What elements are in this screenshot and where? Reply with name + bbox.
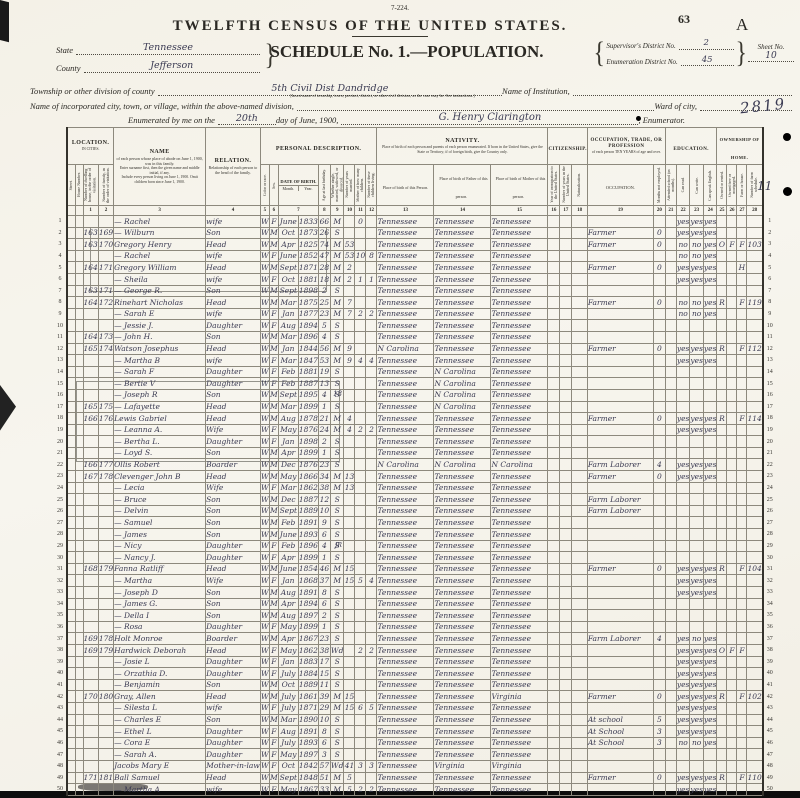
birth-month-cell: Sept [278,389,298,401]
birth-year-cell: 1862 [298,644,318,656]
sex-cell: M [269,227,278,239]
farm-schedule-number-cell: 110 [747,772,763,784]
farm-schedule-number-cell [747,540,763,552]
age-cell: 24 [318,424,330,436]
years-married-cell [344,529,355,541]
house-number-cell [75,563,83,575]
mother-birthplace-cell: Tennessee [491,331,548,343]
birthplace-cell: Tennessee [377,424,434,436]
occupation-cell [587,331,653,343]
months-not-employed-cell [653,760,665,772]
birthplace-cell: Tennessee [377,598,434,610]
header-date-of-birth: DATE OF BIRTH. Month.Year. [278,165,318,206]
mother-of-children-cell [355,389,366,401]
row-number-right: 3 [763,239,776,251]
marital-status-cell: M [330,308,344,320]
can-speak-english-cell: yes [703,668,717,680]
naturalization-cell [572,355,588,367]
can-read-cell [676,598,690,610]
age-cell: 57 [318,760,330,772]
children-living-cell [366,320,377,332]
district-brace-open: { [593,39,605,66]
relation-cell: Daughter [206,552,261,564]
family-number-cell [98,598,113,610]
mother-birthplace-cell: Tennessee [491,262,548,274]
marital-status-cell: S [330,331,344,343]
can-write-cell: yes [690,575,704,587]
family-number-cell: 178 [98,471,113,483]
relation-cell: Son [206,587,261,599]
age-cell: 17 [318,656,330,668]
house-number-cell [75,610,83,622]
row-number-right: 46 [763,737,776,749]
mother-of-children-cell: 2 [355,424,366,436]
age-cell: 37 [318,575,330,587]
row-number-left: 13 [54,355,67,367]
marital-status-cell: M [330,239,344,251]
farm-or-house-cell [737,702,747,714]
farm-or-house-cell: F [737,772,747,784]
can-write-cell [690,285,704,297]
row-number-right: 39 [763,656,776,668]
dwelling-number-cell: 165 [83,343,98,355]
children-living-cell: 4 [366,355,377,367]
immigration-year-cell [548,401,560,413]
birth-month-cell: Oct [278,760,298,772]
header-attended-school: Attended school (in months). [665,165,676,206]
farm-or-house-cell [737,552,747,564]
street-cell [67,320,75,332]
relation-cell: Daughter [206,436,261,448]
row-number-right: 8 [763,297,776,309]
birth-year-cell: 1871 [298,262,318,274]
header-citizenship: CITIZENSHIP. [548,128,587,165]
birthplace-cell: Tennessee [377,760,434,772]
birth-month-cell: Oct [278,227,298,239]
race-cell: W [260,436,269,448]
attended-school-cell [665,239,676,251]
house-number-cell [75,702,83,714]
father-birthplace-cell: Tennessee [434,656,491,668]
header-relation: RELATION. Relationship of each person to… [206,128,261,206]
children-living-cell: 4 [366,575,377,587]
family-number-cell [98,702,113,714]
can-read-cell: yes [676,587,690,599]
attended-school-cell [665,726,676,738]
mother-birthplace-cell: Tennessee [491,424,548,436]
header-family-number: Number of family, in the order of visita… [98,165,113,206]
header-owned-rented: Owned or rented. [717,165,727,206]
naturalization-cell [572,471,588,483]
dwelling-number-cell: 163 [83,285,98,297]
months-not-employed-cell [653,610,665,622]
race-cell: W [260,308,269,320]
farm-schedule-number-cell [747,331,763,343]
can-read-cell: no [676,250,690,262]
attended-school-cell [665,587,676,599]
owned-rented-cell [717,447,727,459]
age-cell: 39 [318,691,330,703]
name-cell: — James G. [114,598,206,610]
months-not-employed-cell [653,552,665,564]
can-write-cell: yes [690,262,704,274]
marital-status-cell: S [330,610,344,622]
birth-month-cell: Feb [278,517,298,529]
birth-year-cell: 1897 [298,610,318,622]
occupation-cell: Farmer [587,227,653,239]
naturalization-cell [572,633,588,645]
can-speak-english-cell [703,760,717,772]
can-write-cell [690,517,704,529]
mother-of-children-cell [355,529,366,541]
owned-rented-cell [717,227,727,239]
can-read-cell: yes [676,784,690,796]
marital-status-cell: S [330,529,344,541]
farm-schedule-number-cell [747,389,763,401]
can-speak-english-cell [703,552,717,564]
birth-month-cell: July [278,737,298,749]
owned-free-mortgaged-cell [727,772,737,784]
can-write-cell: yes [690,216,704,228]
years-married-cell [344,517,355,529]
owned-free-mortgaged-cell [727,447,737,459]
farm-or-house-cell [737,320,747,332]
name-cell: Ollis Robert [114,459,206,471]
owned-free-mortgaged-cell [727,726,737,738]
family-number-cell: 181 [98,772,113,784]
mother-of-children-cell [355,331,366,343]
years-married-cell [344,714,355,726]
years-in-us-cell [560,760,572,772]
mother-birthplace-cell: Tennessee [491,621,548,633]
census-row: 21 — Loyd S. Son W M Apr 1899 1 S Tennes… [54,447,776,459]
naturalization-cell [572,331,588,343]
birth-year-cell: 1896 [298,540,318,552]
mother-of-children-cell [355,366,366,378]
years-married-cell [344,216,355,228]
header-can-write: Can write. [690,165,704,206]
row-number-left: 8 [54,297,67,309]
immigration-year-cell [548,436,560,448]
row-number-left: 24 [54,482,67,494]
race-cell: W [260,529,269,541]
street-cell [67,656,75,668]
farm-or-house-cell [737,517,747,529]
row-number-left: 1 [54,216,67,228]
owned-free-mortgaged-cell [727,482,737,494]
birth-month-cell: Feb [278,540,298,552]
years-in-us-cell [560,216,572,228]
naturalization-cell [572,563,588,575]
age-cell: 46 [318,563,330,575]
naturalization-cell [572,308,588,320]
birth-month-cell: May [278,471,298,483]
dwelling-number-cell [83,447,98,459]
row-number-right: 13 [763,355,776,367]
marital-status-cell: M [330,575,344,587]
can-speak-english-cell: yes [703,633,717,645]
owned-free-mortgaged-cell [727,563,737,575]
sex-cell: F [269,378,278,390]
family-number-cell [98,250,113,262]
owned-free-mortgaged-cell [727,273,737,285]
can-speak-english-cell [703,517,717,529]
birth-year-cell: 1891 [298,517,318,529]
dwelling-number-cell [83,378,98,390]
relation-cell: Daughter [206,749,261,761]
birth-year-cell: 1876 [298,459,318,471]
mother-of-children-cell: 3 [355,760,366,772]
owned-rented-cell [717,378,727,390]
row-number-left: 47 [54,749,67,761]
row-number-right: 31 [763,563,776,575]
can-read-cell [676,447,690,459]
mother-birthplace-cell: Tennessee [491,610,548,622]
owned-free-mortgaged-cell [727,587,737,599]
enumerated-pre: Enumerated by me on the [128,115,218,125]
house-number-cell [75,308,83,320]
mother-birthplace-cell: Tennessee [491,308,548,320]
header-age: Age at last birthday. [318,165,330,206]
row-number-left: 11 [54,331,67,343]
owned-rented-cell [717,262,727,274]
farm-schedule-number-cell: 102 [747,691,763,703]
months-not-employed-cell [653,598,665,610]
family-number-cell: 171 [98,285,113,297]
can-write-cell [690,366,704,378]
family-number-cell [98,760,113,772]
row-number-right: 38 [763,644,776,656]
can-write-cell [690,610,704,622]
relation-cell: Son [206,285,261,297]
years-in-us-cell [560,273,572,285]
age-cell: 23 [318,633,330,645]
house-number-cell [75,227,83,239]
age-cell: 51 [318,772,330,784]
occupation-cell [587,621,653,633]
owned-free-mortgaged-cell [727,494,737,506]
row-number-left: 41 [54,679,67,691]
children-living-cell [366,471,377,483]
street-cell [67,239,75,251]
sex-cell: F [269,482,278,494]
name-cell: Gregory Henry [114,239,206,251]
birth-year-cell: 1867 [298,633,318,645]
birth-year-cell: 1852 [298,250,318,262]
naturalization-cell [572,726,588,738]
name-cell: — Samuel [114,517,206,529]
row-number-right: 14 [763,366,776,378]
birth-year-cell: 1867 [298,784,318,796]
relation-cell: Daughter [206,320,261,332]
naturalization-cell [572,424,588,436]
house-number-cell [75,772,83,784]
can-speak-english-cell [703,621,717,633]
years-married-cell: 13 [344,482,355,494]
institution-value [573,94,792,96]
farm-or-house-cell: F [737,413,747,425]
street-cell [67,633,75,645]
father-birthplace-cell: Tennessee [434,726,491,738]
mother-of-children-cell [355,598,366,610]
dwelling-number-cell [83,714,98,726]
mother-of-children-cell [355,320,366,332]
relation-cell: Son [206,331,261,343]
years-married-cell [344,331,355,343]
immigration-year-cell [548,355,560,367]
census-scan-page: { "page": { "form_number": "7-224.", "ce… [0,0,800,798]
race-cell: W [260,273,269,285]
mother-of-children-cell [355,517,366,529]
sex-cell: F [269,726,278,738]
owned-free-mortgaged-cell [727,250,737,262]
can-speak-english-cell: yes [703,656,717,668]
census-row: 7 163 171 — George R. Son W M Sept 1898 … [54,285,776,297]
owned-rented-cell: R [717,413,727,425]
house-number-cell [75,389,83,401]
family-number-cell [98,668,113,680]
can-write-cell: yes [690,656,704,668]
census-row: 10 — Jessie J. Daughter W F Aug 1894 5 S… [54,320,776,332]
immigration-year-cell [548,471,560,483]
row-number-left: 16 [54,389,67,401]
city-line: Name of incorporated city, town, or vill… [30,101,792,111]
birthplace-cell: Tennessee [377,262,434,274]
naturalization-cell [572,714,588,726]
row-number-left: 21 [54,447,67,459]
family-number-cell [98,482,113,494]
mother-of-children-cell [355,610,366,622]
family-number-cell: 170 [98,239,113,251]
age-cell: 74 [318,239,330,251]
attended-school-cell [665,668,676,680]
immigration-year-cell [548,413,560,425]
can-write-cell: yes [690,714,704,726]
race-cell: W [260,262,269,274]
father-birthplace-cell: Tennessee [434,621,491,633]
age-cell: 1 [318,401,330,413]
marital-status-cell: M [330,250,344,262]
farm-schedule-number-cell [747,644,763,656]
mother-birthplace-cell: Virginia [491,691,548,703]
mother-birthplace-cell: Tennessee [491,273,548,285]
occupation-cell [587,320,653,332]
can-read-cell [676,389,690,401]
age-cell: 53 [318,355,330,367]
years-in-us-cell [560,331,572,343]
owned-rented-cell [717,760,727,772]
census-row: 44 — Charles E Son W M Mar 1890 10 S Ten… [54,714,776,726]
farm-schedule-number-cell [747,459,763,471]
marital-status-cell: M [330,691,344,703]
row-number-right: 4 [763,250,776,262]
attended-school-cell [665,366,676,378]
farm-or-house-cell [737,308,747,320]
ink-dot [783,187,792,196]
birth-year-cell: 1844 [298,343,318,355]
birth-month-cell: Jan [278,656,298,668]
relation-cell: Head [206,644,261,656]
birthplace-cell: Tennessee [377,668,434,680]
street-cell [67,389,75,401]
family-number-cell [98,552,113,564]
naturalization-cell [572,644,588,656]
row-number-right: 45 [763,726,776,738]
age-cell: 15 [318,668,330,680]
relation-cell: Daughter [206,378,261,390]
birthplace-cell: Tennessee [377,552,434,564]
mother-of-children-cell [355,505,366,517]
mother-of-children-cell: 6 [355,702,366,714]
can-write-cell: yes [690,587,704,599]
can-speak-english-cell: yes [703,413,717,425]
sex-cell: M [269,714,278,726]
header-immigration-year: Year of immigration to the United States… [548,165,560,206]
can-read-cell: yes [676,668,690,680]
farm-schedule-number-cell [747,517,763,529]
age-cell: 4 [318,331,330,343]
father-birthplace-cell: Tennessee [434,273,491,285]
immigration-year-cell [548,424,560,436]
name-cell: — Nancy J. [114,552,206,564]
children-living-cell [366,656,377,668]
mother-birthplace-cell: Tennessee [491,737,548,749]
farm-or-house-cell [737,216,747,228]
farm-schedule-number-cell [747,668,763,680]
naturalization-cell [572,389,588,401]
column-number-row: 12 34 56 7 89 1011 1213 1415 1617 1819 2… [54,206,776,216]
census-row: 20 — Bertha L. Daughter W F Jan 1898 2 S… [54,436,776,448]
farm-schedule-number-cell [747,633,763,645]
race-cell: W [260,482,269,494]
can-speak-english-cell: yes [703,737,717,749]
attended-school-cell [665,772,676,784]
farm-schedule-number-cell [747,447,763,459]
marital-status-cell: S [330,737,344,749]
mother-birthplace-cell: Tennessee [491,587,548,599]
immigration-year-cell [548,563,560,575]
name-cell: — Rachel [114,250,206,262]
children-living-cell [366,401,377,413]
naturalization-cell [572,239,588,251]
farm-schedule-number-cell [747,760,763,772]
marital-status-cell: S [330,366,344,378]
row-number-right: 48 [763,760,776,772]
can-write-cell: yes [690,784,704,796]
birthplace-cell: Tennessee [377,517,434,529]
can-read-cell: no [676,239,690,251]
naturalization-cell [572,401,588,413]
house-number-cell [75,471,83,483]
birth-month-cell: June [278,216,298,228]
mother-birthplace-cell: Tennessee [491,668,548,680]
occupation-cell: Farmer [587,297,653,309]
race-cell: W [260,517,269,529]
sex-cell: M [269,297,278,309]
immigration-year-cell [548,679,560,691]
owned-rented-cell [717,702,727,714]
row-number-left: 18 [54,413,67,425]
years-married-cell [344,540,355,552]
birth-year-cell: 1895 [298,389,318,401]
name-cell: — Leanna A. [114,424,206,436]
children-living-cell [366,529,377,541]
street-cell [67,529,75,541]
years-in-us-cell [560,621,572,633]
can-write-cell: no [690,239,704,251]
immigration-year-cell [548,227,560,239]
relation-cell: Daughter [206,656,261,668]
